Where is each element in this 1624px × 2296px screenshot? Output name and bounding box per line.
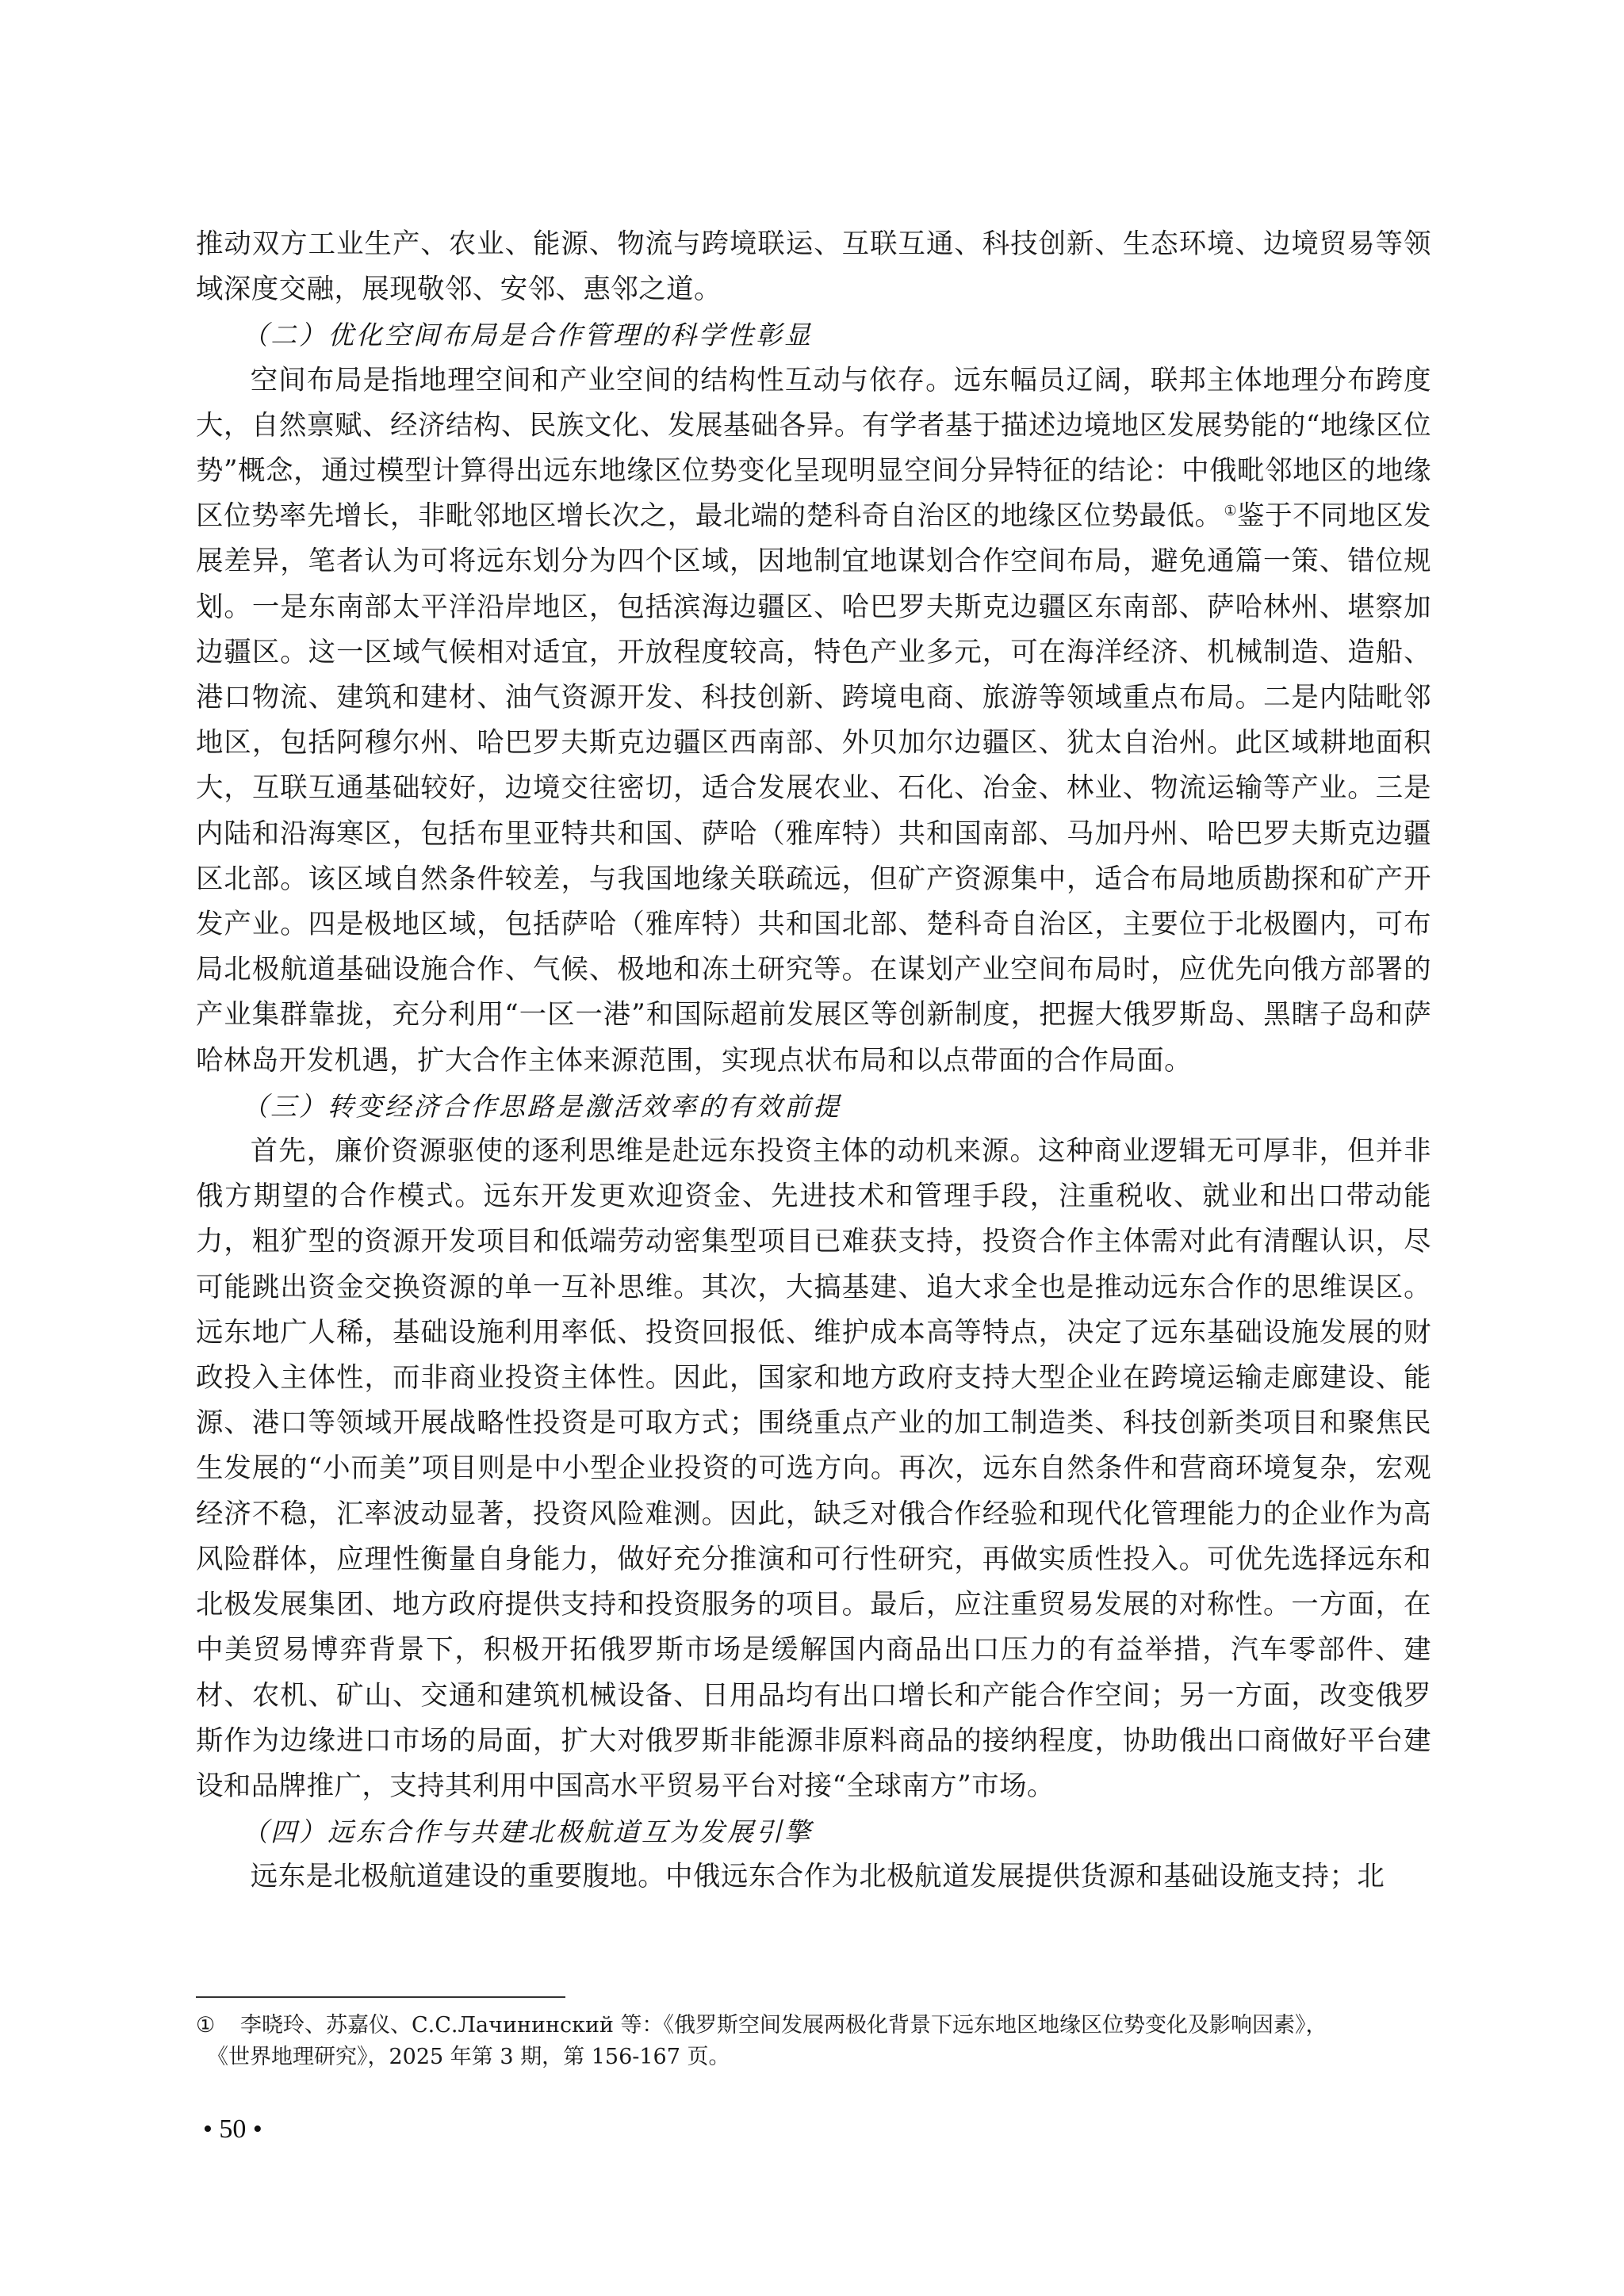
body-column: 推动双方工业生产、农业、能源、物流与跨境联运、互联互通、科技创新、生态环境、边境… xyxy=(196,222,1431,1900)
section-heading-2: （二）优化空间布局是合作管理的科学性彰显 xyxy=(196,312,1431,358)
footnote-reference[interactable]: ① xyxy=(1224,503,1237,519)
paper-page: 推动双方工业生产、农业、能源、物流与跨境联运、互联互通、科技创新、生态环境、边境… xyxy=(0,0,1624,2296)
footnote-mark: ① xyxy=(196,2010,240,2042)
paragraph-continued: 推动双方工业生产、农业、能源、物流与跨境联运、互联互通、科技创新、生态环境、边境… xyxy=(196,222,1431,312)
footnote-text: 李晓玲、苏嘉仪、С.С.Лачининский 等：《俄罗斯空间发展两极化背景下… xyxy=(240,2013,1327,2038)
paragraph-text: 鉴于不同地区发展差异，笔者认为可将远东划分为四个区域，因地制宜地谋划合作空间布局… xyxy=(196,500,1431,1076)
page-number: • 50 • xyxy=(203,2114,262,2145)
footnote-line-1: ①李晓玲、苏嘉仪、С.С.Лачининский 等：《俄罗斯空间发展两极化背景… xyxy=(196,2010,1433,2042)
paragraph-economic-thinking: 首先，廉价资源驱使的逐利思维是赴远东投资主体的动机来源。这种商业逻辑无可厚非，但… xyxy=(196,1129,1431,1809)
section-heading-4: （四）远东合作与共建北极航道互为发展引擎 xyxy=(196,1809,1431,1854)
paragraph-spatial-layout: 空间布局是指地理空间和产业空间的结构性互动与依存。远东幅员辽阔，联邦主体地理分布… xyxy=(196,358,1431,1084)
section-heading-3: （三）转变经济合作思路是激活效率的有效前提 xyxy=(196,1084,1431,1129)
footnote: ①李晓玲、苏嘉仪、С.С.Лачининский 等：《俄罗斯空间发展两极化背景… xyxy=(196,2010,1433,2073)
footnote-divider xyxy=(196,1996,565,1998)
footnote-line-2: 《世界地理研究》，2025 年第 3 期，第 156-167 页。 xyxy=(196,2042,1433,2073)
paragraph-arctic-route: 远东是北极航道建设的重要腹地。中俄远东合作为北极航道发展提供货源和基础设施支持；… xyxy=(196,1854,1431,1900)
